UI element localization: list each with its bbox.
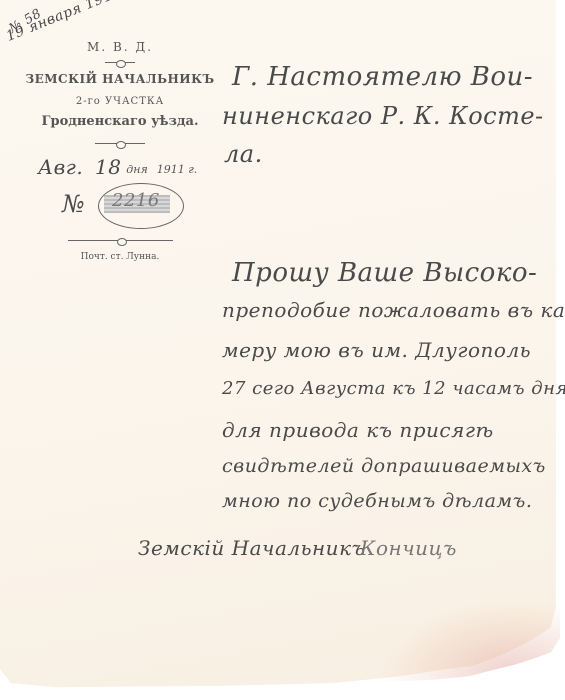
date-day: 18 [95,155,121,179]
date-year: 1911 г. [152,163,202,176]
letterhead-ornament-mid [95,143,145,144]
date-day-label: дня [122,163,152,176]
body-line-4: 27 сего Августа къ 12 часамъ дня [222,378,565,399]
letterhead-district: 2-го УЧАСТКА [40,96,200,107]
letterhead-office: ЗЕМСКІЙ НАЧАЛЬНИКЪ [20,72,220,86]
date-month: Авг. [38,155,83,179]
addressee-line-3: ла. [224,140,263,168]
letterhead-ministry: М. В. Д. [60,40,180,54]
signature-title: Земскій Начальникъ [138,536,365,560]
post-office: Почт. ст. Лунна. [50,252,190,262]
body-line-7: мною по судебнымъ дѣламъ. [222,490,532,512]
paper-stain [380,600,560,695]
signature-name: Кончицъ [360,536,457,560]
number-oval-frame [98,183,184,229]
letterhead-county: Гродненскаго уѣзда. [20,114,220,129]
body-line-1: Прошу Ваше Высоко- [232,258,537,288]
addressee-line-2: ниненскаго Р. К. Косте- [222,102,544,130]
letterhead-ornament-top [105,62,135,63]
addressee-line-1: Г. Настоятелю Вои- [232,62,533,92]
body-line-2: преподобие пожаловать въ ка- [222,298,565,322]
body-line-6: свидѣтелей допрашиваемыхъ [222,455,546,477]
body-line-3: меру мою въ им. Длугополь [222,338,531,362]
letterhead-ornament-bottom [68,240,173,241]
number-label: № [62,190,85,218]
body-line-5: для привода къ присягѣ [222,418,494,442]
